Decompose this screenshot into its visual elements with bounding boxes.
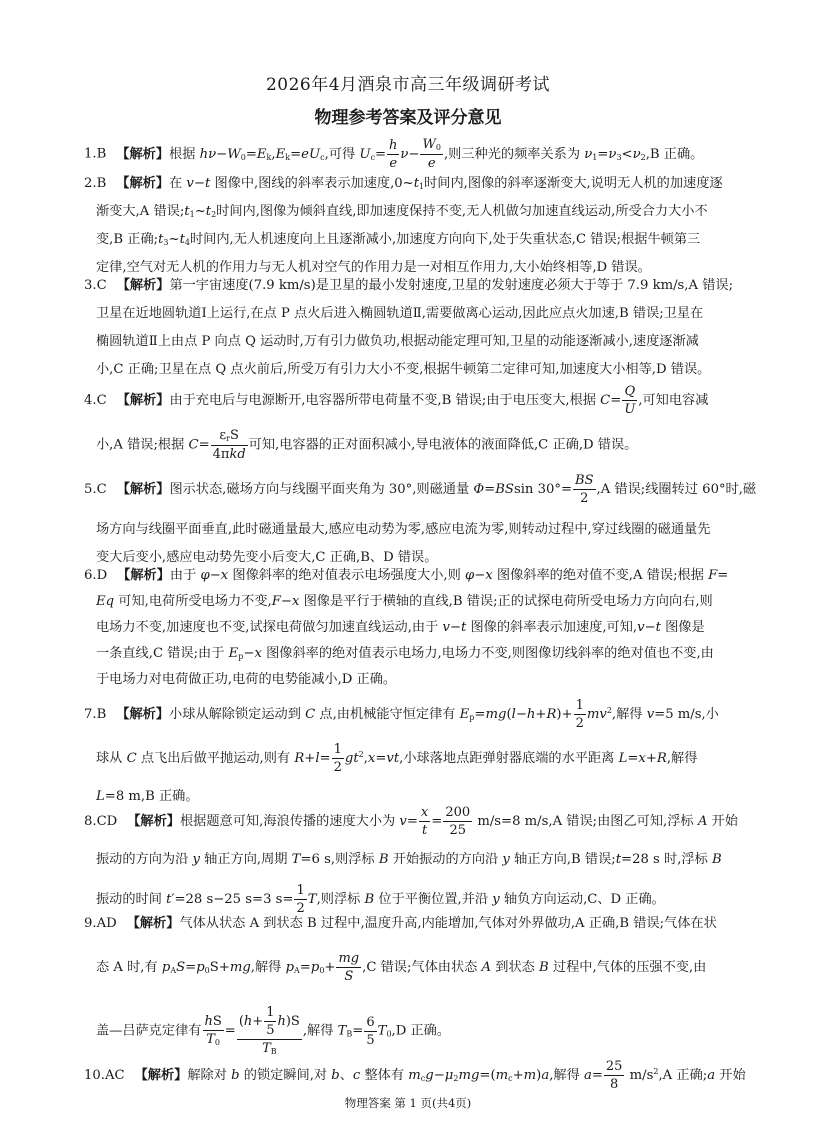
explanation-line: 电场力不变,加速度也不变,试探电荷做匀加速直线运动,由于 v−t 图像的斜率表示… [96, 614, 705, 642]
explanation-line: 解除对 b 的锁定瞬间,对 b、c 整体有 mcg−μ2mg=(mc+m)a,解… [187, 1068, 745, 1083]
explanation-line: 气体从状态 A 到状态 B 过程中,温度升高,内能增加,气体对外界做功,A 正确… [179, 916, 716, 931]
explanation-line: 在 v−t 图像中,图线的斜率表示加速度,0~t1时间内,图像的斜率逐渐变大,说… [169, 176, 723, 191]
explanation-line: 卫星在近地圆轨道Ⅰ上运行,在点 P 点火后进入椭圆轨道Ⅱ,需要做离心运动,因此应… [96, 300, 703, 328]
answer-label: 3.C [84, 278, 107, 293]
explanation-line: 小球从解除锁定运动到 C 点,由机械能守恒定律有 Ep=mg(l−h+R)+12… [169, 707, 719, 722]
explanation-line: 第一宇宙速度(7.9 km/s)是卫星的最小发射速度,卫星的发射速度必须大于等于… [169, 278, 733, 293]
explanation-line: 椭圆轨道Ⅱ上由点 P 向点 Q 运动时,万有引力做负功,根据动能定理可知,卫星的… [96, 328, 699, 356]
analysis-tag: 【解析】 [127, 814, 180, 829]
explanation-line: 变,B 正确;t3~t4时间内,无人机速度向上且逐渐减小,加速度方向向下,处于失… [96, 226, 700, 257]
explanation-line: 振动的方向为沿 y 轴正方向,周期 T=6 s,则浮标 B 开始振动的方向沿 y… [96, 846, 722, 874]
explanation-line: 小,A 错误;根据 C=εrS4πkd可知,电容器的正对面积减小,导电液体的液面… [96, 429, 637, 461]
answer-label: 7.B [84, 707, 106, 722]
explanation-line: 图示状态,磁场方向与线圈平面夹角为 30°,则磁通量 Φ=BSsin 30°=B… [169, 482, 756, 497]
answer-label: 10.AC [84, 1068, 125, 1083]
explanation-line: 盖—吕萨克定律有hST0=(h+15h)STB,解得 TB=65T0,D 正确。 [96, 1006, 450, 1056]
answer-label: 8.CD [84, 814, 117, 829]
answer-sheet-page: 2026年4月酒泉市高三年级调研考试 物理参考答案及评分意见 1.B【解析】根据… [0, 0, 816, 1146]
analysis-tag: 【解析】 [117, 482, 170, 497]
analysis-tag: 【解析】 [116, 707, 169, 722]
explanation-line: 场方向与线圈平面垂直,此时磁通量最大,感应电动势为零,感应电流为零,则转动过程中… [96, 516, 710, 544]
explanation-line: 渐变大,A 错误;t1~t2时间内,图像为倾斜直线,即加速度保持不变,无人机做匀… [96, 198, 708, 229]
page-footer: 物理答案 第 1 页(共4页) [0, 1095, 816, 1111]
answer-label: 6.D [84, 568, 107, 583]
analysis-tag: 【解析】 [127, 916, 180, 931]
explanation-line: 由于充电后与电源断开,电容器所带电荷量不变,B 错误;由于电压变大,根据 C=Q… [169, 393, 708, 408]
explanation-line: 小,C 正确;卫星在点 Q 点火前后,所受万有引力大小不变,根据牛顿第二定律可知… [96, 356, 710, 384]
analysis-tag: 【解析】 [117, 568, 170, 583]
explanation-line: 态 A 时,有 pAS=p0S+mg,解得 pA=p0+mgS,C 错误;气体由… [96, 952, 706, 985]
exam-subtitle: 物理参考答案及评分意见 [0, 103, 816, 128]
answer-label: 2.B [84, 176, 106, 191]
answer-label: 9.AD [84, 916, 117, 931]
analysis-tag: 【解析】 [135, 1068, 188, 1083]
analysis-tag: 【解析】 [117, 393, 170, 408]
analysis-tag: 【解析】 [117, 278, 170, 293]
analysis-tag: 【解析】 [116, 147, 169, 162]
explanation-line: Eq 可知,电荷所受电场力不变,F−x 图像是平行于横轴的直线,B 错误;正的试… [96, 588, 713, 616]
answer-label: 1.B [84, 147, 106, 162]
exam-title: 2026年4月酒泉市高三年级调研考试 [0, 70, 816, 95]
explanation-line: 根据 hν−W0=Ek,Ek=eUc,可得 Uc=heν−W0e,则三种光的频率… [169, 147, 703, 162]
answer-label: 4.C [84, 393, 107, 408]
explanation-line: 球从 C 点飞出后做平抛运动,则有 R+l=12gt2,x=vt,小球落地点距弹… [96, 741, 697, 774]
answer-label: 5.C [84, 482, 107, 497]
explanation-line: 根据题意可知,海浪传播的速度大小为 v=xt=20025 m/s=8 m/s,A… [180, 814, 738, 829]
analysis-tag: 【解析】 [116, 176, 169, 191]
explanation-line: 由于 φ−x 图像斜率的绝对值表示电场强度大小,则 φ−x 图像斜率的绝对值不变… [170, 568, 728, 583]
explanation-line: 于电场力对电荷做正功,电荷的电势能减小,D 正确。 [96, 666, 396, 694]
